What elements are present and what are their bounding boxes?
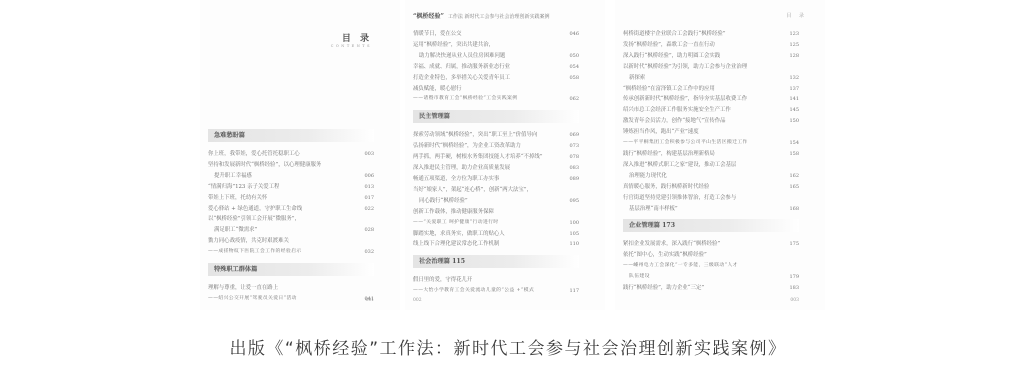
entry-page-number: 028 — [362, 225, 374, 236]
image-caption: 出版《“枫桥经验”工作法：新时代工会参与社会治理创新实践案例》 — [0, 334, 1016, 359]
entry-title: ——成搓物纹下医院工会工作的经验启示 — [208, 247, 302, 258]
entry-title: 依托“图中心，生动实践“枫桥经验” — [623, 250, 707, 261]
toc-entries: 急难愁盼篇你上班，我带娃，爱心托管托稳职工心003坚持和发展新时代“枫桥经验”，… — [208, 124, 374, 305]
toc-entry[interactable]: 脚踏实地，求真务实，做职工的贴心人105 — [413, 229, 579, 240]
toc-entry[interactable]: 减负赋能，暖心慰行 — [413, 84, 579, 95]
toc-entry[interactable]: ——诸暨市教育工会“枫桥经验”工会实践案例062 — [413, 94, 579, 105]
toc-entry[interactable]: 假日里的爱，守得花儿开 — [413, 275, 579, 286]
toc-entries: 情暖节日，爱在公交046运用“枫桥经验”，突出共建共治，助力解决快递从业人员住房… — [413, 29, 579, 297]
page-folio: 001 — [365, 298, 374, 303]
entry-title: 新探索 — [623, 73, 645, 84]
entry-title: 同心践行“枫桥经验” — [413, 196, 468, 207]
page-folio: 003 — [790, 298, 799, 303]
toc-entry[interactable]: 依托“图中心，生动实践“枫桥经验” — [623, 250, 799, 261]
entry-page-number: 125 — [787, 40, 799, 51]
entry-title: 满足职工“微需求” — [208, 225, 257, 236]
entry-title: ——平平桐集团工会积极参与公司平山生活区搬迁工作 — [623, 138, 748, 149]
entry-title: 真情暖心服务，践行枫桥新时代经验 — [623, 182, 709, 193]
entry-title: 深入践行“枫桥经验”，助力明圆工会实践 — [623, 51, 720, 62]
toc-entry[interactable]: 发扬“枫桥经验”，森歌工会一直在行动125 — [623, 40, 799, 51]
toc-entry[interactable]: 真情暖心服务，践行枫桥新时代经验165 — [623, 182, 799, 193]
entry-title: 探索劳动领域“枫桥经验”，突出“职工至上”价值导向 — [413, 130, 537, 141]
toc-entry[interactable]: 探索劳动领域“枫桥经验”，突出“职工至上”价值导向069 — [413, 130, 579, 141]
entry-page-number: 162 — [787, 171, 799, 182]
toc-entry[interactable]: 两手抓，两手硬，树根水务集团技能人才培养“不掉线”078 — [413, 152, 579, 163]
entry-page-number: 117 — [567, 286, 579, 297]
entry-title: 爱心驿站 + 绿色通道，守护职工生命线 — [208, 204, 302, 215]
toc-entry[interactable]: 队伍建设179 — [623, 272, 799, 283]
toc-entry[interactable]: ——成搓物纹下医院工会工作的经验启示032 — [208, 247, 374, 258]
running-head: 目 录 — [786, 12, 807, 19]
entry-page-number: 137 — [787, 84, 799, 95]
toc-title: 目 录 — [342, 31, 372, 44]
toc-entry[interactable]: 柯桥街道楼宇企业联合工会践行“枫桥经验”123 — [623, 29, 799, 40]
entry-title: 助力解决快递从业人员住房困难问题 — [413, 51, 505, 62]
toc-entry[interactable]: 创新工作载体，推动健康服务保障 — [413, 207, 579, 218]
toc-page-3: 目 录 柯桥街道楼宇企业联合工会践行“枫桥经验”123发扬“枫桥经验”，森歌工会… — [615, 0, 825, 310]
entry-page-number: 050 — [567, 51, 579, 62]
toc-entries: 柯桥街道楼宇企业联合工会践行“枫桥经验”123发扬“枫桥经验”，森歌工会一直在行… — [623, 29, 799, 294]
entry-page-number: 132 — [787, 73, 799, 84]
entry-page-number: 032 — [362, 247, 374, 258]
toc-entry[interactable]: 线上线下合理化建议常态化工作机制110 — [413, 239, 579, 250]
entry-title: 当好“娘家人”，架起“连心桥”，创新“两大法宝”， — [413, 185, 532, 196]
toc-entry[interactable]: ——“关爱职工 呵护健康”行动进行时100 — [413, 218, 579, 229]
toc-page-2: “枫桥经验”工作法 新时代工会参与社会治理创新实践案例 情暖节日，爱在公交046… — [405, 0, 605, 310]
entry-page-number: 078 — [567, 152, 579, 163]
entry-page-number: 100 — [567, 218, 579, 229]
entry-page-number: 128 — [787, 51, 799, 62]
toc-entry[interactable]: 满足职工“微需求”028 — [208, 225, 374, 236]
entry-title: ——嵊州电力工会深化“一专多能，三级联动”人才 — [623, 261, 738, 272]
toc-entry[interactable]: 深入践行“枫桥经验”，助力明圆工会实践128 — [623, 51, 799, 62]
toc-entry[interactable]: 打造企业特色，多举措关心关爱青年员工058 — [413, 73, 579, 84]
entry-title: 基层治理“南丰样板” — [623, 204, 678, 215]
toc-entry[interactable]: “情满归海”123 亲子关爱工程013 — [208, 182, 374, 193]
entry-page-number: 013 — [362, 182, 374, 193]
entry-title: 打造企业特色，多举措关心关爱青年员工 — [413, 73, 510, 84]
entry-title: 线上线下合理化建议常态化工作机制 — [413, 239, 499, 250]
entry-page-number: 179 — [787, 272, 799, 283]
entry-page-number: 062 — [567, 94, 579, 105]
toc-entry[interactable]: 以新时代“枫桥经验”为引领，助力工会参与企业治理 — [623, 62, 799, 73]
running-head: “枫桥经验”工作法 新时代工会参与社会治理创新实践案例 — [413, 11, 550, 20]
toc-entry[interactable]: 新探索132 — [623, 73, 799, 84]
entry-page-number: 141 — [787, 94, 799, 105]
entry-title: 传承创新新时代“枫桥经验”，指导夯实基层收费工作 — [623, 94, 747, 105]
entry-page-number: 123 — [787, 29, 799, 40]
entry-title: 弘扬新时代“枫桥经验”，为企业工资改革助力 — [413, 141, 521, 152]
entry-title: 深入推进民主管理，助力企业高质量发展 — [413, 163, 510, 174]
entry-page-number: 175 — [787, 239, 799, 250]
entry-title: 以“枫桥经验”引领工会开展“微服务”， — [208, 214, 300, 225]
entry-title: 勠力同心战疫情，共克时艰渡难关 — [208, 236, 289, 247]
section-header: 特殊职工群体篇 — [208, 263, 374, 276]
page-folio: 002 — [413, 298, 422, 303]
entry-title: 理解与尊重，让爱一直在路上 — [208, 283, 278, 294]
entry-page-number: 046 — [567, 29, 579, 40]
entry-page-number: 058 — [567, 73, 579, 84]
entry-title: ——绍兴公交开展“驾驶员关爱日”活动 — [208, 294, 297, 305]
toc-entry[interactable]: 绍兴市总工会经济工作服务实施安全生产工作145 — [623, 105, 799, 116]
entry-page-number: 089 — [567, 174, 579, 185]
entry-page-number: 150 — [787, 116, 799, 127]
toc-entry[interactable]: 理解与尊重，让爱一直在路上 — [208, 283, 374, 294]
toc-entry[interactable]: 爱心驿站 + 绿色通道，守护职工生命线022 — [208, 204, 374, 215]
entry-title: 假日里的爱，守得花儿开 — [413, 275, 472, 286]
entry-title: 两手抓，两手硬，树根水务集团技能人才培养“不掉线” — [413, 152, 543, 163]
entry-title: 绍兴市总工会经济工作服务实施安全生产工作 — [623, 105, 731, 116]
toc-entry[interactable]: ——大怡小学教育工会关爱流动儿童的“公益 +”模式117 — [413, 286, 579, 297]
toc-entry[interactable]: 幸福、成就、归属，推动服务新业态行业054 — [413, 62, 579, 73]
entry-title: 坚持和发展新时代“枫桥经验”，以心理健康服务 — [208, 160, 321, 171]
entry-page-number: 183 — [787, 283, 799, 294]
entry-title: “枫桥经验”在富泽镇工会工作中的应用 — [623, 84, 715, 95]
entry-page-number: 145 — [787, 105, 799, 116]
toc-entry[interactable]: 践行“枫桥经验”，构建基层治理新格局158 — [623, 149, 799, 160]
entry-title: 发扬“枫桥经验”，森歌工会一直在行动 — [623, 40, 715, 51]
toc-entry[interactable]: 助力解决快递从业人员住房困难问题050 — [413, 51, 579, 62]
toc-subtitle: CONTENTS — [331, 44, 372, 48]
toc-entry[interactable]: 践行“枫桥经验”，助力企业“三定”183 — [623, 283, 799, 294]
toc-entry[interactable]: 带娃上下班，托幼有关怀017 — [208, 193, 374, 204]
entry-title: 治理能力现代化 — [623, 171, 667, 182]
entry-page-number: 110 — [567, 239, 579, 250]
toc-entry[interactable]: 坚持和发展新时代“枫桥经验”，以心理健康服务 — [208, 160, 374, 171]
section-header: 民主管理篇 — [413, 110, 579, 123]
toc-entry[interactable]: 勠力同心战疫情，共克时艰渡难关 — [208, 236, 374, 247]
toc-entry[interactable]: ——绍兴公交开展“驾驶员关爱日”活动041 — [208, 294, 374, 305]
entry-page-number: 006 — [362, 171, 374, 182]
toc-entry[interactable]: 你上班，我带娃，爱心托管托稳职工心003 — [208, 149, 374, 160]
toc-entry[interactable]: 深入推进民主管理，助力企业高质量发展083 — [413, 163, 579, 174]
toc-entry[interactable]: 锤炼担当作风，跑出“产业”速度 — [623, 127, 799, 138]
entry-title: 减负赋能，暖心慰行 — [413, 84, 462, 95]
entry-title: 锤炼担当作风，跑出“产业”速度 — [623, 127, 699, 138]
toc-entry[interactable]: 传承创新新时代“枫桥经验”，指导夯实基层收费工作141 — [623, 94, 799, 105]
entry-page-number: 073 — [567, 141, 579, 152]
toc-entry[interactable]: 弘扬新时代“枫桥经验”，为企业工资改革助力073 — [413, 141, 579, 152]
entry-title: 带娃上下班，托幼有关怀 — [208, 193, 267, 204]
entry-page-number: 017 — [362, 193, 374, 204]
toc-entry[interactable]: ——平平桐集团工会积极参与公司平山生活区搬迁工作154 — [623, 138, 799, 149]
toc-entry[interactable]: 深入推进“枫桥式职工之家”建设，推动工会基层 — [623, 160, 799, 171]
section-header: 企业管理篇 173 — [623, 219, 799, 232]
entry-title: 畅通五项渠道，全方位为职工办实事 — [413, 174, 499, 185]
toc-entry[interactable]: 运用“枫桥经验”，突出共建共治， — [413, 40, 579, 51]
entry-title: 践行“枫桥经验”，构建基层治理新格局 — [623, 149, 715, 160]
entry-page-number: 054 — [567, 62, 579, 73]
toc-entry[interactable]: 提升职工幸福感006 — [208, 171, 374, 182]
toc-entry[interactable]: “枫桥经验”在富泽镇工会工作中的应用137 — [623, 84, 799, 95]
entry-title: 行官街道坚持党建引领推体智治，打造工会参与 — [623, 193, 736, 204]
entry-page-number: 022 — [362, 204, 374, 215]
entry-page-number: 069 — [567, 130, 579, 141]
entry-page-number: 158 — [787, 149, 799, 160]
toc-page-1: 目 录 CONTENTS 急难愁盼篇你上班，我带娃，爱心托管托稳职工心003坚持… — [200, 0, 400, 310]
entry-page-number: 165 — [787, 182, 799, 193]
entry-title: 你上班，我带娃，爱心托管托稳职工心 — [208, 149, 300, 160]
toc-entry[interactable]: 当好“娘家人”，架起“连心桥”，创新“两大法宝”， — [413, 185, 579, 196]
running-head-brand: “枫桥经验” — [413, 13, 444, 20]
entry-title: 脚踏实地，求真务实，做职工的贴心人 — [413, 229, 505, 240]
entry-title: 以新时代“枫桥经验”为引领，助力工会参与企业治理 — [623, 62, 747, 73]
toc-entry[interactable]: 紧扣企业发展需求，深入践行“枫桥经验”175 — [623, 239, 799, 250]
entry-title: 情暖节日，爱在公交 — [413, 29, 462, 40]
entry-page-number: 105 — [567, 229, 579, 240]
toc-entry[interactable]: ——嵊州电力工会深化“一专多能，三级联动”人才 — [623, 261, 799, 272]
toc-entry[interactable]: 以“枫桥经验”引领工会开展“微服务”， — [208, 214, 374, 225]
toc-entry[interactable]: 基层治理“南丰样板”168 — [623, 204, 799, 215]
entry-title: ——大怡小学教育工会关爱流动儿童的“公益 +”模式 — [413, 286, 534, 297]
entry-title: 践行“枫桥经验”，助力企业“三定” — [623, 283, 704, 294]
toc-entry[interactable]: 情暖节日，爱在公交046 — [413, 29, 579, 40]
toc-entry[interactable]: 行官街道坚持党建引领推体智治，打造工会参与 — [623, 193, 799, 204]
section-header: 急难愁盼篇 — [208, 129, 374, 142]
entry-title: 紧扣企业发展需求，深入践行“枫桥经验” — [623, 239, 720, 250]
entry-title: “情满归海”123 亲子关爱工程 — [208, 182, 279, 193]
toc-entry[interactable]: 畅通五项渠道，全方位为职工办实事089 — [413, 174, 579, 185]
entry-title: 幸福、成就、归属，推动服务新业态行业 — [413, 62, 510, 73]
entry-title: ——诸暨市教育工会“枫桥经验”工会实践案例 — [413, 94, 517, 105]
entry-title: ——“关爱职工 呵护健康”行动进行时 — [413, 218, 499, 229]
toc-entry[interactable]: 激发青年会员活力，创作“接地气”宣传作品150 — [623, 116, 799, 127]
entry-title: 提升职工幸福感 — [208, 171, 252, 182]
entry-title: 队伍建设 — [623, 272, 650, 283]
entry-page-number: 095 — [567, 196, 579, 207]
section-header: 社会治理篇 115 — [413, 255, 579, 268]
toc-entry[interactable]: 同心践行“枫桥经验”095 — [413, 196, 579, 207]
entry-page-number: 154 — [787, 138, 799, 149]
running-head-text: 工作法 新时代工会参与社会治理创新实践案例 — [448, 14, 550, 20]
entry-page-number: 168 — [787, 204, 799, 215]
entry-title: 创新工作载体，推动健康服务保障 — [413, 207, 494, 218]
entry-title: 运用“枫桥经验”，突出共建共治， — [413, 40, 494, 51]
entry-title: 激发青年会员活力，创作“接地气”宣传作品 — [623, 116, 726, 127]
entry-page-number: 003 — [362, 149, 374, 160]
entry-title: 深入推进“枫桥式职工之家”建设，推动工会基层 — [623, 160, 736, 171]
toc-entry[interactable]: 治理能力现代化162 — [623, 171, 799, 182]
entry-page-number: 083 — [567, 163, 579, 174]
entry-title: 柯桥街道楼宇企业联合工会践行“枫桥经验” — [623, 29, 726, 40]
